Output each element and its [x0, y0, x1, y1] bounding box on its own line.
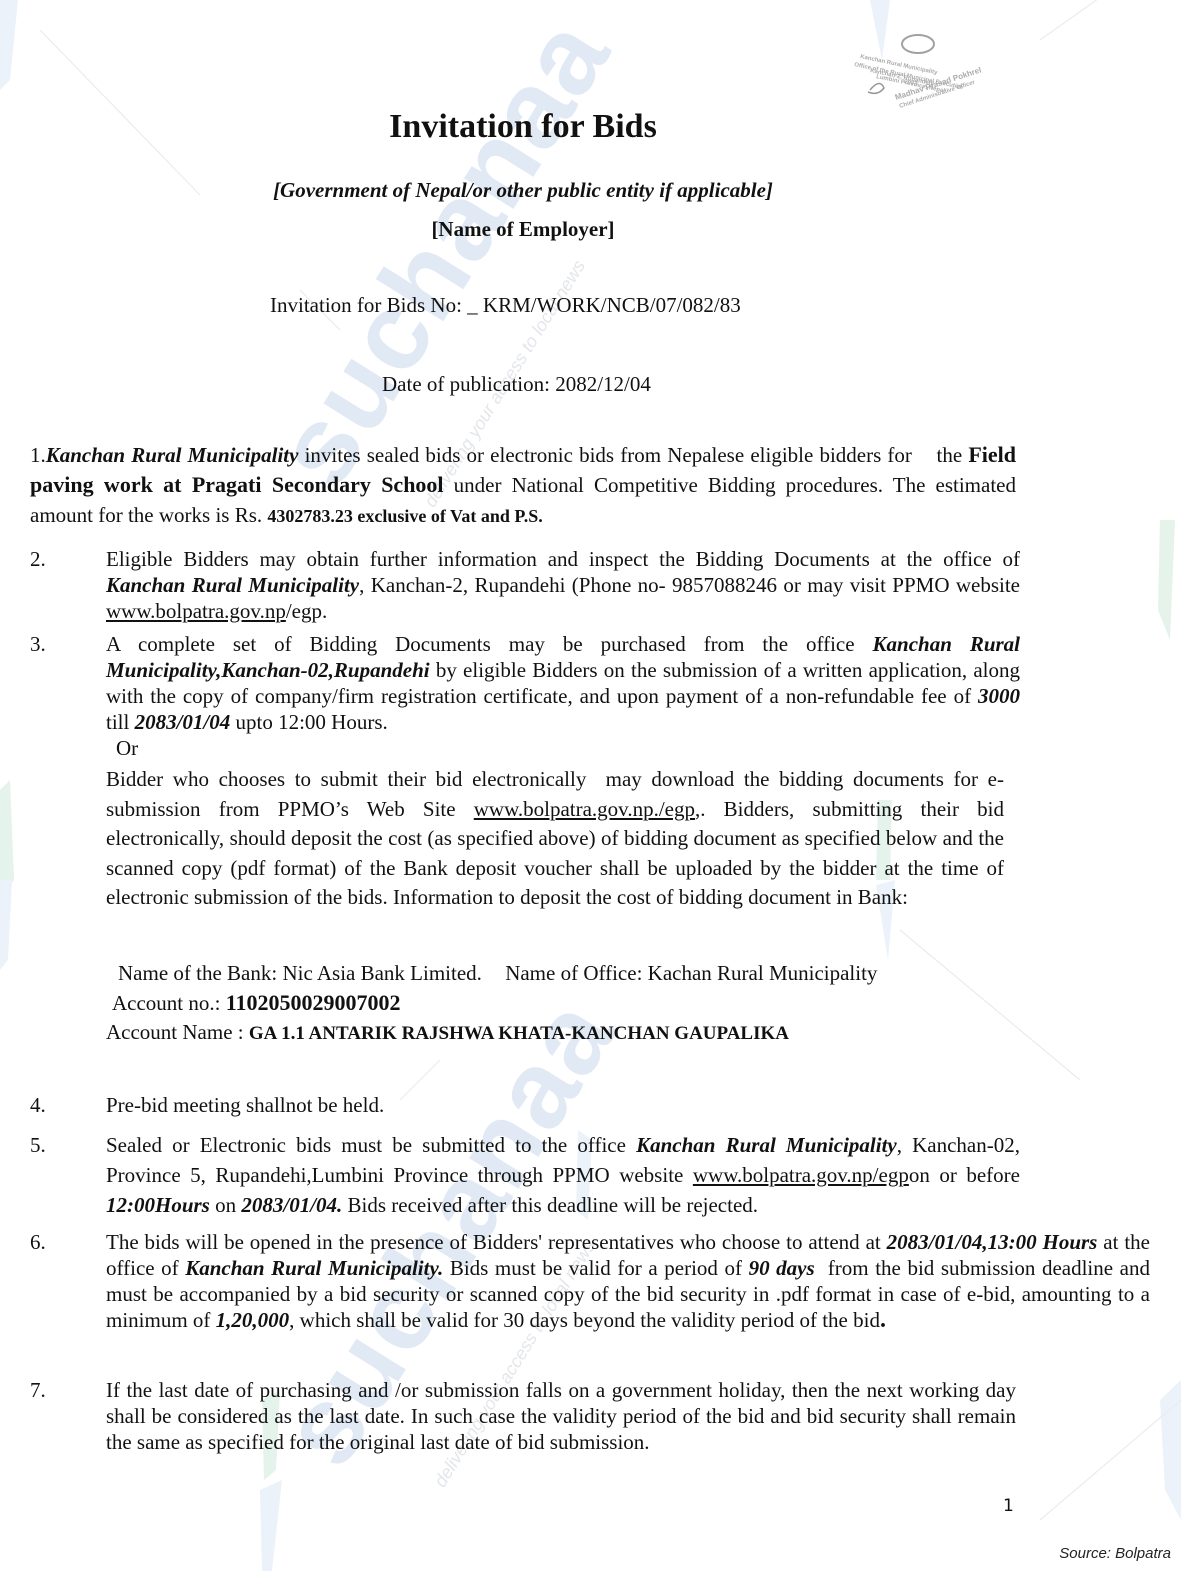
text: The bids will be opened in the presence … [106, 1230, 887, 1254]
account-name-label: Account Name : [106, 1020, 244, 1044]
paragraph-1: 1.Kanchan Rural Municipality invites sea… [30, 440, 1016, 531]
item-2: 2. Eligible Bidders may obtain further i… [30, 546, 1020, 624]
purchase-deadline: 2083/01/04 [135, 710, 231, 734]
official-stamp-signature: Kanchan Rural Municipality Office of the… [840, 28, 1010, 108]
publication-date-label: Date of publication: [382, 372, 550, 396]
document-title: Invitation for Bids [0, 108, 1046, 146]
text: A complete set of Bidding Documents may … [106, 632, 873, 656]
ifb-number-label: Invitation for Bids No: _ [270, 293, 478, 317]
bid-validity: 90 days [749, 1256, 815, 1280]
text: /egp. [286, 599, 327, 623]
source-credit: Source: Bolpatra [1059, 1545, 1171, 1562]
office-name: Kanchan Rural Municipality [636, 1133, 897, 1157]
item-5: 5. Sealed or Electronic bids must be sub… [30, 1130, 1020, 1220]
office-name: Kanchan Rural Municipality. [185, 1256, 443, 1280]
bank-name-line: Name of the Bank: Nic Asia Bank Limited.… [118, 961, 877, 986]
page-number: 1 [1003, 1496, 1014, 1516]
publication-date: 2082/12/04 [555, 372, 651, 396]
bank-name: Nic Asia Bank Limited. [282, 961, 481, 985]
item-6: 6. The bids will be opened in the presen… [30, 1229, 1150, 1333]
office-label: Name of Office: [505, 961, 642, 985]
text: upto 12:00 Hours. [230, 710, 388, 734]
office-name: Kachan Rural Municipality [648, 961, 878, 985]
text: invites sealed bids or electronic bids f… [298, 443, 968, 467]
item-number: 1. [30, 443, 46, 467]
watermark-brand: suchanaa [250, 0, 635, 507]
or-separator: Or [116, 735, 1020, 761]
subtitle-entity: [Government of Nepal/or other public ent… [0, 178, 1046, 203]
text: Bids received after this deadline will b… [342, 1193, 758, 1217]
account-number-label: Account no.: [112, 991, 220, 1015]
bank-name-label: Name of the Bank: [118, 961, 277, 985]
account-name: GA 1.1 ANTARIK RAJSHWA KHATA-KANCHAN GAU… [249, 1023, 789, 1044]
text: , Kanchan-2, Rupandehi (Phone no- 985708… [359, 573, 1020, 597]
ppmo-website-link[interactable]: www.bolpatra.gov.np [106, 599, 286, 623]
item-4: 4. Pre-bid meeting shallnot be held. [30, 1092, 1020, 1118]
ppmo-egp-link[interactable]: www.bolpatra.gov.np./egp [474, 797, 695, 821]
text: If the last date of purchasing and /or s… [106, 1377, 1016, 1455]
account-number-line: Account no.: 1102050029007002 [112, 990, 401, 1016]
text: Eligible Bidders may obtain further info… [106, 547, 1020, 571]
item-3: 3. A complete set of Bidding Documents m… [30, 631, 1020, 913]
document-fee: 3000 [978, 684, 1020, 708]
employer-name: Kanchan Rural Municipality [46, 443, 299, 467]
item-number: 6. [30, 1229, 46, 1255]
account-number: 1102050029007002 [226, 990, 401, 1015]
ppmo-egp-link[interactable]: www.bolpatra.gov.np/egp [693, 1163, 909, 1187]
text: . [880, 1307, 886, 1333]
text: till [106, 710, 135, 734]
text: on [210, 1193, 242, 1217]
text: Bids must be valid for a period of [443, 1256, 748, 1280]
ifb-number: KRM/WORK/NCB/07/082/83 [483, 293, 741, 317]
item-number: 7. [30, 1377, 46, 1403]
submission-date: 2083/01/04. [241, 1193, 342, 1217]
submission-time: 12:00Hours [106, 1193, 210, 1217]
text: on or before [909, 1163, 1020, 1187]
employer-name: Kanchan Rural Municipality [106, 573, 359, 597]
text: Pre-bid meeting shallnot be held. [106, 1092, 1020, 1118]
publication-date-line: Date of publication: 2082/12/04 [382, 372, 651, 397]
ifb-number-line: Invitation for Bids No: _ KRM/WORK/NCB/0… [270, 293, 741, 318]
item-number: 4. [30, 1092, 46, 1118]
item-7: 7. If the last date of purchasing and /o… [30, 1377, 1020, 1455]
item-number: 3. [30, 631, 46, 657]
item-number: 5. [30, 1130, 46, 1160]
subtitle-employer: [Name of Employer] [0, 217, 1046, 242]
text: , which shall be valid for 30 days beyon… [289, 1308, 880, 1332]
item-number: 2. [30, 546, 46, 572]
text: Sealed or Electronic bids must be submit… [106, 1133, 636, 1157]
estimated-amount: 4302783.23 exclusive of Vat and P.S. [267, 506, 542, 526]
account-name-line: Account Name : GA 1.1 ANTARIK RAJSHWA KH… [106, 1020, 789, 1045]
bid-security-amount: 1,20,000 [216, 1308, 290, 1332]
opening-datetime: 2083/01/04,13:00 Hours [887, 1230, 1098, 1254]
